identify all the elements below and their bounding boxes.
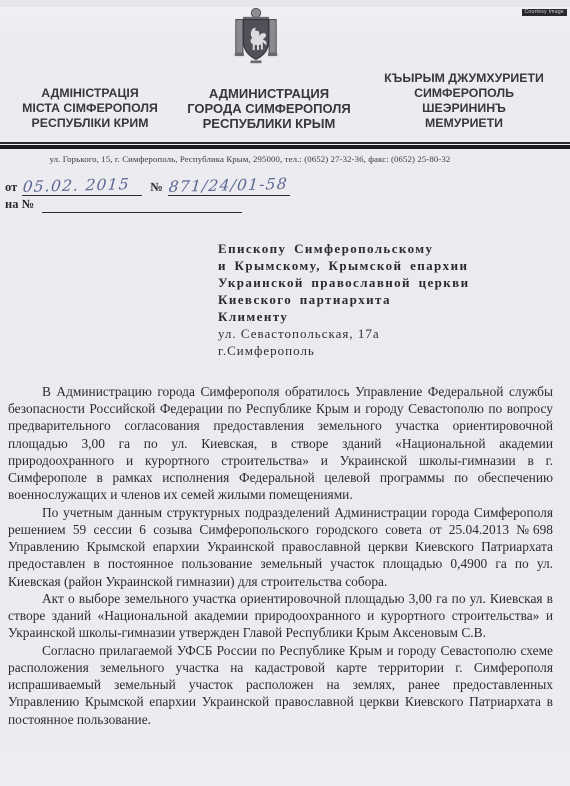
letterhead: АДМІНІСТРАЦІЯ МІСТА СІМФЕРОПОЛЯ РЕСПУБЛІ… [0, 71, 570, 131]
org-name-russian: АДМИНИСТРАЦИЯ ГОРОДА СИМФЕРОПОЛЯ РЕСПУБЛ… [180, 86, 358, 131]
org-crh-line: МЕМУРИЕТИ [358, 116, 570, 131]
org-uk-line: АДМІНІСТРАЦІЯ [0, 86, 180, 101]
org-name-ukrainian: АДМІНІСТРАЦІЯ МІСТА СІМФЕРОПОЛЯ РЕСПУБЛІ… [0, 86, 180, 131]
courtesy-image-watermark: Courtesy Image [522, 9, 568, 16]
org-crh-line: ШЕЭРИНИНЪ [358, 101, 570, 116]
scanned-letter-page: Courtesy Image АДМІНІСТРАЦІЯ [0, 7, 570, 786]
org-uk-line: МІСТА СІМФЕРОПОЛЯ [0, 101, 180, 116]
org-ru-line: ГОРОДА СИМФЕРОПОЛЯ [180, 101, 358, 116]
recipient-line: Епископу Симферопольскому [218, 240, 570, 257]
recipient-city: г.Симферополь [218, 342, 570, 359]
outgoing-reference-row: от 05.02. 2015 № 871/24/01-58 [5, 174, 570, 196]
letterhead-address: ул. Горького, 15, г. Симферополь, Респуб… [0, 154, 500, 164]
recipient-block: Епископу Симферопольскому и Крымскому, К… [218, 240, 570, 359]
recipient-line: и Крымскому, Крымской епархии [218, 257, 570, 274]
org-name-crimean-tatar: КЪЫРЫМ ДЖУМХУРИЕТИ СИМФЕРОПОЛЬ ШЕЭРИНИНЪ… [358, 71, 570, 131]
recipient-line: Киевского партиархита [218, 291, 570, 308]
from-date-label: от [5, 180, 17, 196]
body-paragraph-4: Согласно прилагаемой УФСБ России по Респ… [8, 642, 553, 728]
outgoing-number-field: 871/24/01-58 [168, 177, 290, 196]
handwritten-number: 871/24/01-58 [168, 175, 289, 196]
org-crh-line: КЪЫРЫМ ДЖУМХУРИЕТИ [358, 71, 570, 86]
coat-of-arms-icon [227, 7, 285, 67]
recipient-line: Украинской православной церкви [218, 274, 570, 291]
handwritten-date: 05.02. 2015 [22, 175, 131, 196]
reference-block: от 05.02. 2015 № 871/24/01-58 на № [5, 174, 570, 213]
org-crh-line: СИМФЕРОПОЛЬ [358, 86, 570, 101]
body-paragraph-3: Акт о выборе земельного участка ориентир… [8, 590, 553, 642]
incoming-number-field [42, 199, 242, 213]
outgoing-date-field: 05.02. 2015 [22, 177, 142, 196]
number-label: № [150, 180, 163, 196]
org-ru-line: АДМИНИСТРАЦИЯ [180, 86, 358, 101]
recipient-name: Клименту [218, 308, 570, 325]
org-uk-line: РЕСПУБЛІКИ КРИМ [0, 116, 180, 131]
org-ru-line: РЕСПУБЛИКИ КРЫМ [180, 116, 358, 131]
body-paragraph-1: В Администрацию города Симферополя обрат… [8, 383, 553, 504]
letterhead-divider [0, 142, 570, 149]
letter-body: В Администрацию города Симферополя обрат… [0, 383, 570, 728]
incoming-reference-row: на № [5, 197, 570, 213]
reply-to-label: на № [5, 197, 34, 213]
body-paragraph-2: По учетным данным структурных подразделе… [8, 504, 553, 590]
recipient-street: ул. Севастопольская, 17а [218, 325, 570, 342]
